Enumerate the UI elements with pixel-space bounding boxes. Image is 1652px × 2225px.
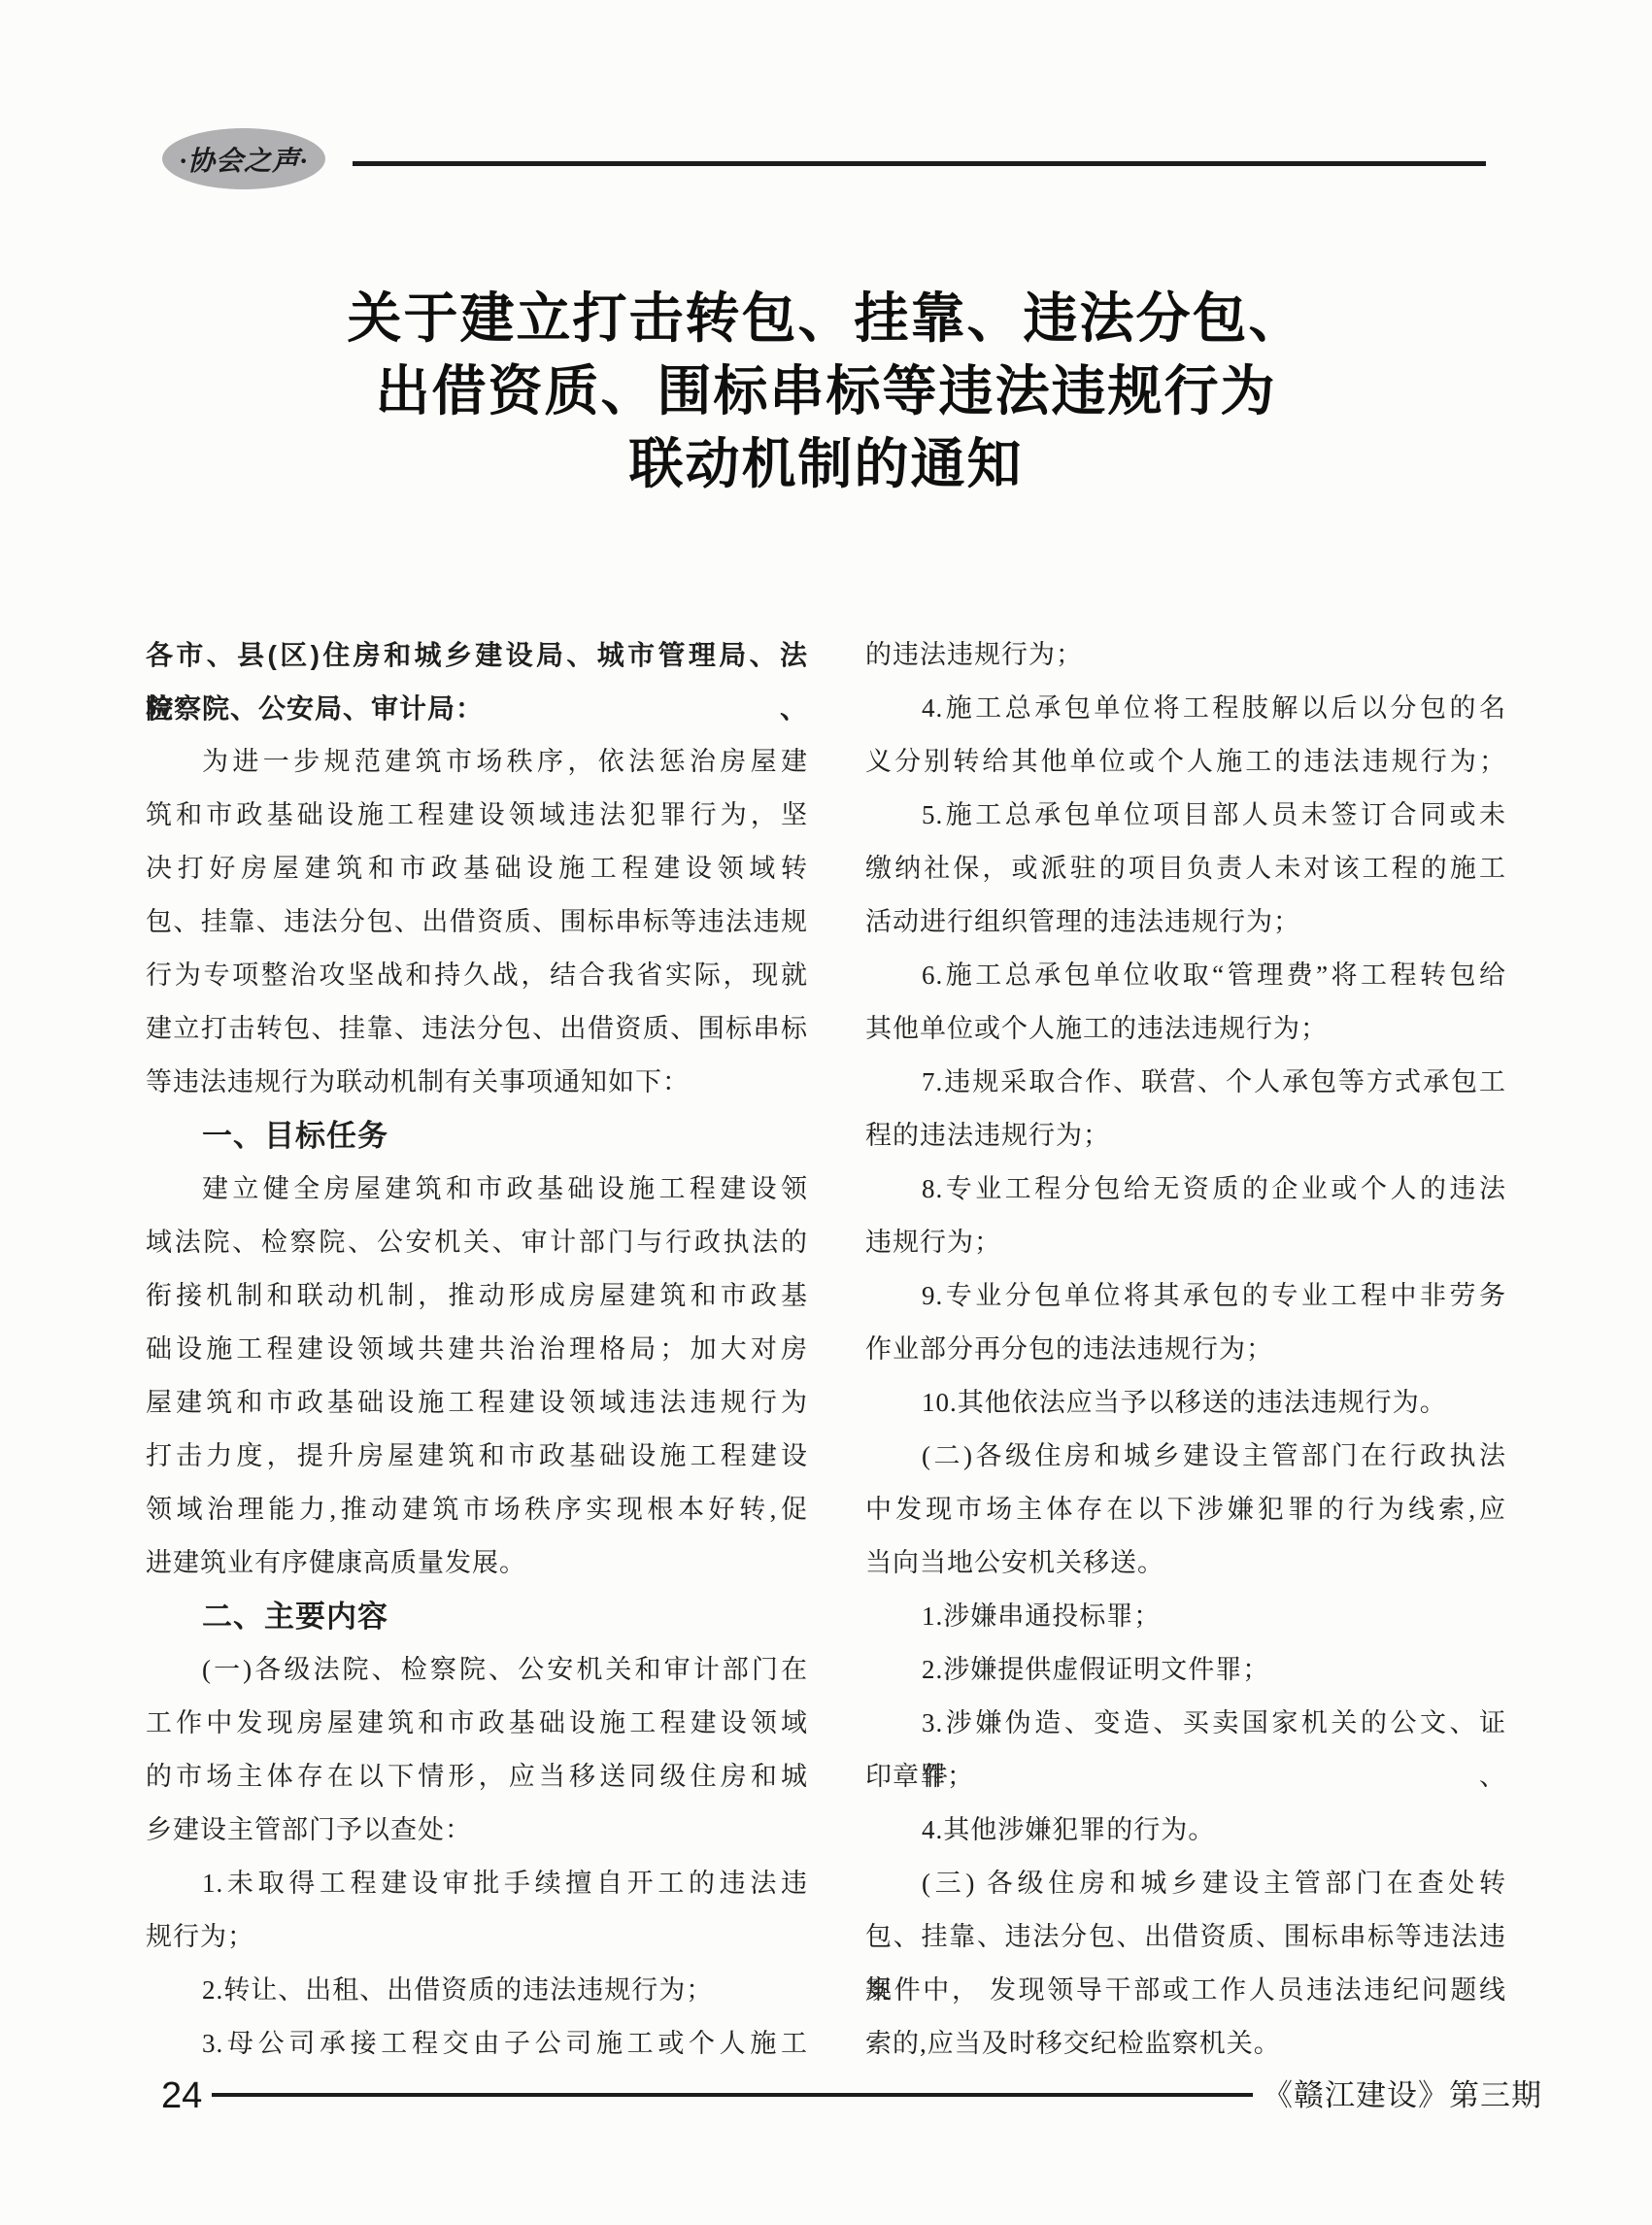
text-line: 为进一步规范建筑市场秩序，依法惩治房屋建: [146, 735, 808, 789]
text-line: 衔接机制和联动机制，推动形成房屋建筑和市政基: [146, 1269, 808, 1323]
text-line: 10.其他依法应当予以移送的违法违规行为。: [865, 1376, 1506, 1430]
right-column: 的违法违规行为；4.施工总承包单位将工程肢解以后以分包的名义分别转给其他单位或个…: [865, 628, 1506, 2071]
text-line: (二)各级住房和城乡建设主管部门在行政执法: [865, 1430, 1506, 1483]
text-line: 当向当地公安机关移送。: [865, 1536, 1506, 1590]
journal-name: 《赣江建设》第三期: [1263, 2076, 1542, 2115]
text-line: 3.涉嫌伪造、变造、买卖国家机关的公文、证件、: [865, 1697, 1506, 1750]
text-line: 活动进行组织管理的违法违规行为；: [865, 895, 1506, 949]
text-line: 案件中， 发现领导干部或工作人员违法违纪问题线: [865, 1964, 1506, 2017]
text-line: 缴纳社保，或派驻的项目负责人未对该工程的施工: [865, 842, 1506, 895]
text-line: 的市场主体存在以下情形，应当移送同级住房和城: [146, 1750, 808, 1804]
title-line: 联动机制的通知: [0, 427, 1652, 500]
text-line: 中发现市场主体存在以下涉嫌犯罪的行为线索,应: [865, 1483, 1506, 1536]
text-line: 2.涉嫌提供虚假证明文件罪；: [865, 1643, 1506, 1697]
document-page: ·协会之声· 关于建立打击转包、挂靠、违法分包、出借资质、围标串标等违法违规行为…: [0, 0, 1652, 2225]
text-line: 决打好房屋建筑和市政基础设施工程建设领域转: [146, 842, 808, 895]
section-badge-label: ·协会之声·: [180, 140, 308, 179]
text-line: 一、目标任务: [146, 1109, 808, 1163]
text-line: 索的,应当及时移交纪检监察机关。: [865, 2017, 1506, 2071]
text-line: 2.转让、出租、出借资质的违法违规行为；: [146, 1964, 808, 2017]
text-line: 程的违法违规行为；: [865, 1109, 1506, 1163]
text-line: 乡建设主管部门予以查处：: [146, 1804, 808, 1857]
section-badge: ·协会之声·: [162, 128, 325, 189]
text-line: 建立打击转包、挂靠、违法分包、出借资质、围标串标: [146, 1002, 808, 1056]
text-line: 领域治理能力,推动建筑市场秩序实现根本好转,促: [146, 1483, 808, 1536]
text-line: (一)各级法院、检察院、公安机关和审计部门在: [146, 1643, 808, 1697]
page-number: 24: [161, 2074, 202, 2117]
title-line: 关于建立打击转包、挂靠、违法分包、: [0, 282, 1652, 354]
text-line: 屋建筑和市政基础设施工程建设领域违法违规行为: [146, 1376, 808, 1430]
text-line: 各市、县(区)住房和城乡建设局、城市管理局、法院、: [146, 628, 808, 682]
text-line: 二、主要内容: [146, 1590, 808, 1643]
text-line: 9.专业分包单位将其承包的专业工程中非劳务: [865, 1269, 1506, 1323]
text-line: (三) 各级住房和城乡建设主管部门在查处转: [865, 1857, 1506, 1910]
text-line: 工作中发现房屋建筑和市政基础设施工程建设领域: [146, 1697, 808, 1750]
text-line: 行为专项整治攻坚战和持久战，结合我省实际，现就: [146, 949, 808, 1002]
text-line: 3.母公司承接工程交由子公司施工或个人施工: [146, 2017, 808, 2071]
text-line: 建立健全房屋建筑和市政基础设施工程建设领: [146, 1163, 808, 1216]
text-line: 6.施工总承包单位收取“管理费”将工程转包给: [865, 949, 1506, 1002]
document-title: 关于建立打击转包、挂靠、违法分包、出借资质、围标串标等违法违规行为联动机制的通知: [0, 282, 1652, 500]
text-line: 1.未取得工程建设审批手续擅自开工的违法违: [146, 1857, 808, 1910]
text-line: 7.违规采取合作、联营、个人承包等方式承包工: [865, 1056, 1506, 1109]
text-line: 础设施工程建设领域共建共治治理格局；加大对房: [146, 1323, 808, 1376]
title-line: 出借资质、围标串标等违法违规行为: [0, 354, 1652, 427]
text-line: 进建筑业有序健康高质量发展。: [146, 1536, 808, 1590]
text-line: 作业部分再分包的违法违规行为；: [865, 1323, 1506, 1376]
text-line: 5.施工总承包单位项目部人员未签订合同或未: [865, 789, 1506, 842]
text-line: 义分别转给其他单位或个人施工的违法违规行为；: [865, 735, 1506, 789]
left-column: 各市、县(区)住房和城乡建设局、城市管理局、法院、检察院、公安局、审计局：为进一…: [146, 628, 808, 2071]
text-line: 规行为；: [146, 1910, 808, 1964]
footer-rule: [212, 2093, 1253, 2097]
text-line: 打击力度，提升房屋建筑和市政基础设施工程建设: [146, 1430, 808, 1483]
text-line: 包、挂靠、违法分包、出借资质、围标串标等违法违规: [146, 895, 808, 949]
header-rule: [353, 161, 1486, 166]
text-line: 4.其他涉嫌犯罪的行为。: [865, 1804, 1506, 1857]
text-line: 其他单位或个人施工的违法违规行为；: [865, 1002, 1506, 1056]
text-line: 等违法违规行为联动机制有关事项通知如下：: [146, 1056, 808, 1109]
text-line: 1.涉嫌串通投标罪；: [865, 1590, 1506, 1643]
text-line: 筑和市政基础设施工程建设领域违法犯罪行为，坚: [146, 789, 808, 842]
text-line: 域法院、检察院、公安机关、审计部门与行政执法的: [146, 1216, 808, 1269]
text-line: 4.施工总承包单位将工程肢解以后以分包的名: [865, 682, 1506, 735]
text-line: 的违法违规行为；: [865, 628, 1506, 682]
text-line: 包、挂靠、违法分包、出借资质、围标串标等违法违规: [865, 1910, 1506, 1964]
text-line: 8.专业工程分包给无资质的企业或个人的违法: [865, 1163, 1506, 1216]
text-line: 违规行为；: [865, 1216, 1506, 1269]
